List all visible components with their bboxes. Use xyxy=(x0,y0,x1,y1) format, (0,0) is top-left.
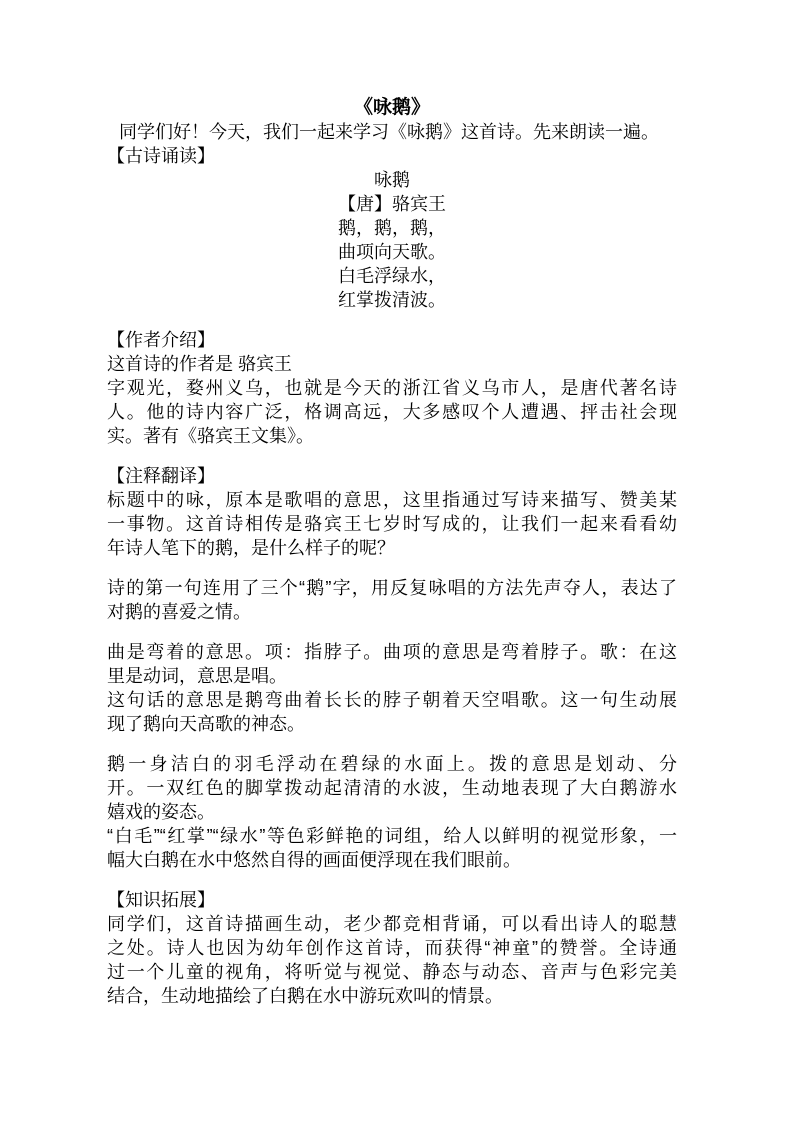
text-line: 开。一双红色的脚掌拨动起清清的水波，生动地表现了大白鹅游水 xyxy=(107,776,677,800)
text-line: 结合，生动地描绘了白鹅在水中游玩欢叫的情景。 xyxy=(107,984,677,1008)
poem-verse: 红掌拨清波。 xyxy=(107,288,677,312)
text-line: 曲是弯着的意思。项：指脖子。曲项的意思是弯着脖子。歌：在这 xyxy=(107,640,677,664)
text-line: 过一个儿童的视角，将听觉与视觉、静态与动态、音声与色彩完美 xyxy=(107,960,677,984)
text-line: 嬉戏的姿态。 xyxy=(107,800,677,824)
notes-section-header: 【注释翻译】 xyxy=(107,464,677,488)
document-content: 《咏鹅》 同学们好！今天，我们一起来学习《咏鹅》这首诗。先来朗读一遍。 【古诗诵… xyxy=(107,96,677,1008)
text-line: “白毛”“红掌”“绿水”等色彩鲜艳的词组，给人以鲜明的视觉形象，一 xyxy=(107,824,677,848)
text-line: 鹅一身洁白的羽毛浮动在碧绿的水面上。拨的意思是划动、分 xyxy=(107,752,677,776)
author-section-header: 【作者介绍】 xyxy=(107,328,677,352)
blank-line xyxy=(107,624,677,640)
poem-verse: 鹅，鹅，鹅， xyxy=(107,216,677,240)
poem-verse: 白毛浮绿水， xyxy=(107,264,677,288)
text-line: 实。著有《骆宾王文集》。 xyxy=(107,424,677,448)
blank-line xyxy=(107,448,677,464)
blank-line xyxy=(107,736,677,752)
text-line: 字观光，婺州义乌，也就是今天的浙江省义乌市人，是唐代著名诗 xyxy=(107,376,677,400)
text-line: 现了鹅向天高歌的神态。 xyxy=(107,712,677,736)
page-title: 《咏鹅》 xyxy=(107,96,677,120)
text-line: 这句话的意思是鹅弯曲着长长的脖子朝着天空唱歌。这一句生动展 xyxy=(107,688,677,712)
document-page: 《咏鹅》 同学们好！今天，我们一起来学习《咏鹅》这首诗。先来朗读一遍。 【古诗诵… xyxy=(0,0,794,1123)
text-line: 一事物。这首诗相传是骆宾王七岁时写成的，让我们一起来看看幼 xyxy=(107,512,677,536)
text-line: 标题中的咏，原本是歌唱的意思，这里指通过写诗来描写、赞美某 xyxy=(107,488,677,512)
intro-text: 同学们好！今天，我们一起来学习《咏鹅》这首诗。先来朗读一遍。 xyxy=(107,120,677,144)
text-line: 幅大白鹅在水中悠然自得的画面便浮现在我们眼前。 xyxy=(107,848,677,872)
poem-verse: 曲项向天歌。 xyxy=(107,240,677,264)
text-line: 人。他的诗内容广泛，格调高远，大多感叹个人遭遇、抨击社会现 xyxy=(107,400,677,424)
text-line: 对鹅的喜爱之情。 xyxy=(107,600,677,624)
recitation-section-header: 【古诗诵读】 xyxy=(107,144,677,168)
poem-title: 咏鹅 xyxy=(107,168,677,192)
text-line: 诗的第一句连用了三个“鹅”字，用反复咏唱的方法先声夺人，表达了 xyxy=(107,576,677,600)
text-line: 这首诗的作者是 骆宾王 xyxy=(107,352,677,376)
text-line: 里是动词，意思是唱。 xyxy=(107,664,677,688)
text-line: 年诗人笔下的鹅，是什么样子的呢？ xyxy=(107,536,677,560)
expansion-section-header: 【知识拓展】 xyxy=(107,888,677,912)
blank-line xyxy=(107,560,677,576)
text-line: 同学们，这首诗描画生动，老少都竞相背诵，可以看出诗人的聪慧 xyxy=(107,912,677,936)
poem-author: 【唐】骆宾王 xyxy=(107,192,677,216)
blank-line xyxy=(107,872,677,888)
text-line: 之处。诗人也因为幼年创作这首诗，而获得“神童”的赞誉。全诗通 xyxy=(107,936,677,960)
blank-line xyxy=(107,312,677,328)
